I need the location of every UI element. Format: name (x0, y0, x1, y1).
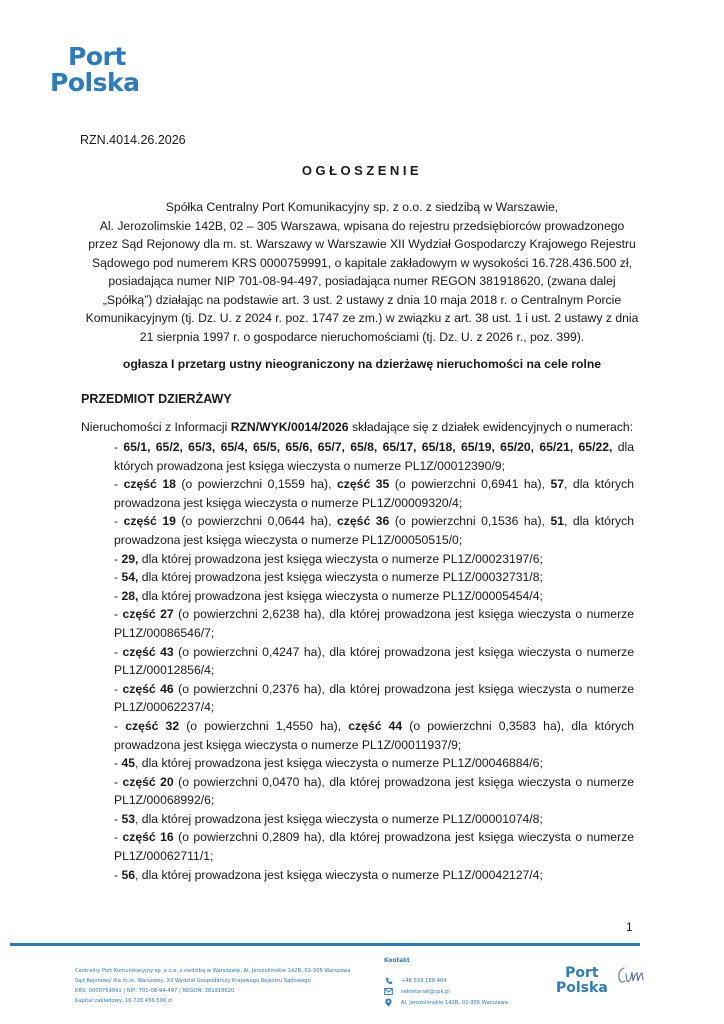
footer-company-info: Centralny Port Komunikacyjny sp. z o.o. … (75, 966, 350, 1006)
intro-paragraph: Spółka Centralny Port Komunikacyjny sp. … (72, 198, 652, 346)
parcel-text: (o powierzchni 0,6941 ha), (389, 477, 550, 491)
footer-logo-line-2: Polska (556, 981, 608, 996)
parcel-numbers: 56 (121, 868, 135, 882)
parcel-numbers: część 43 (123, 645, 174, 659)
contact-title: Kontakt (384, 958, 410, 964)
footer-divider (10, 943, 640, 946)
parcel-list: - 65/1, 65/2, 65/3, 65/4, 65/5, 65/6, 65… (114, 438, 634, 884)
company-line: Sąd Rejonowy dla m.st. Warszawy, XII Wyd… (75, 976, 350, 986)
parcel-text: (o powierzchni 0,1559 ha), (176, 477, 337, 491)
announcement: ogłasza I przetarg ustny nieograniczony … (0, 357, 724, 371)
parcel-text: , dla której prowadzona jest księga wiec… (135, 756, 543, 770)
parcel-text: (o powierzchni 0,2376 ha), dla której pr… (114, 682, 634, 715)
reference-number: RZN.4014.26.2026 (80, 133, 186, 147)
parcel-numbers: część 16 (123, 830, 174, 844)
intro-line: Al. Jerozolimskie 142B, 02 – 305 Warszaw… (72, 217, 652, 236)
parcel-numbers: część 32 (125, 719, 179, 733)
lead-prefix: Nieruchomości z Informacji (81, 420, 231, 434)
list-item: - część 18 (o powierzchni 0,1559 ha), cz… (114, 475, 634, 512)
parcel-numbers: część 36 (337, 514, 389, 528)
list-item: - część 20 (o powierzchni 0,0470 ha), dl… (114, 773, 634, 810)
intro-line: Spółka Centralny Port Komunikacyjny sp. … (72, 198, 652, 217)
page-number: 1 (626, 920, 633, 934)
parcel-numbers: 57 (550, 477, 564, 491)
parcel-text: dla której prowadzona jest księga wieczy… (138, 570, 542, 584)
parcel-numbers: część 46 (123, 682, 174, 696)
parcel-numbers: część 19 (124, 514, 176, 528)
parcel-numbers: 29, (121, 552, 138, 566)
envelope-icon (384, 987, 393, 996)
intro-line: posiadająca numer NIP 701-08-94-497, pos… (72, 272, 652, 291)
location-pin-icon (384, 998, 393, 1007)
intro-line: „Spółką”) działając na podstawie art. 3 … (72, 291, 652, 310)
intro-line: Sądowego pod numerem KRS 0000759991, o k… (72, 254, 652, 273)
parcel-numbers: 53 (121, 812, 135, 826)
parcel-numbers: część 18 (124, 477, 176, 491)
parcel-text: (o powierzchni 0,0644 ha), (176, 514, 337, 528)
lead-reference: RZN/WYK/0014/2026 (231, 420, 349, 434)
list-item: - 29, dla której prowadzona jest księga … (114, 550, 634, 569)
list-item: - 45, dla której prowadzona jest księga … (114, 754, 634, 773)
footer-logo: Port Polska (556, 966, 608, 996)
contact-email: sekretariat@cpk.pl (384, 987, 450, 996)
phone-icon (384, 976, 393, 985)
parcel-text: (o powierzchni 0,0470 ha), dla której pr… (114, 775, 634, 808)
list-item: - część 32 (o powierzchni 1,4550 ha), cz… (114, 717, 634, 754)
parcel-numbers: 45 (121, 756, 135, 770)
parcel-text: (o powierzchni 0,4247 ha), dla której pr… (114, 645, 634, 678)
parcel-numbers: 51 (550, 514, 564, 528)
list-item: - 56, dla której prowadzona jest księga … (114, 866, 634, 885)
parcel-numbers: część 44 (348, 719, 402, 733)
company-line: Kapitał zakładowy: 16.728.436.500 zł (75, 996, 350, 1006)
parcel-text: , dla której prowadzona jest księga wiec… (135, 868, 543, 882)
company-line: Centralny Port Komunikacyjny sp. z o.o. … (75, 966, 350, 976)
footer-logo-line-1: Port (556, 966, 608, 981)
parcel-text: , dla której prowadzona jest księga wiec… (135, 812, 543, 826)
contact-phone: +48 539 188 404 (384, 976, 447, 985)
office-address: Al. Jerozolimskie 142B, 02-305 Warszawa (401, 1000, 508, 1006)
parcel-text: (o powierzchni 2,6238 ha), dla której pr… (114, 607, 634, 640)
phone-number: +48 539 188 404 (401, 978, 447, 984)
parcel-numbers: część 20 (123, 775, 174, 789)
company-line: KRS: 0000759991 | NIP: 701-08-94-497 | R… (75, 986, 350, 996)
document-title: OGŁOSZENIE (0, 163, 724, 178)
parcel-text: (o powierzchni 0,2809 ha), dla której pr… (114, 830, 634, 863)
list-item: - część 19 (o powierzchni 0,0644 ha), cz… (114, 512, 634, 549)
intro-line: Komunikacyjnym (tj. Dz. U. z 2024 r. poz… (72, 309, 652, 328)
parcel-text: (o powierzchni 1,4550 ha), (179, 719, 348, 733)
email-address: sekretariat@cpk.pl (401, 989, 450, 995)
parcel-text: dla której prowadzona jest księga wieczy… (138, 589, 542, 603)
list-item: - część 27 (o powierzchni 2,6238 ha), dl… (114, 605, 634, 642)
subject-lead: Nieruchomości z Informacji RZN/WYK/0014/… (81, 420, 633, 434)
intro-line: 21 sierpnia 1997 r. o gospodarce nieruch… (72, 328, 652, 347)
list-item: - 65/1, 65/2, 65/3, 65/4, 65/5, 65/6, 65… (114, 438, 634, 475)
intro-line: przez Sąd Rejonowy dla m. st. Warszawy w… (72, 235, 652, 254)
parcel-numbers: część 27 (123, 607, 174, 621)
list-item: - 54, dla której prowadzona jest księga … (114, 568, 634, 587)
parcel-numbers: 54, (121, 570, 138, 584)
logo-line-1: Port (50, 44, 139, 70)
handwritten-signature (616, 962, 652, 988)
parcel-numbers: 65/1, 65/2, 65/3, 65/4, 65/5, 65/6, 65/7… (123, 440, 612, 454)
logo-line-2: Polska (50, 70, 139, 96)
list-item: - część 46 (o powierzchni 0,2376 ha), dl… (114, 680, 634, 717)
parcel-numbers: część 35 (337, 477, 389, 491)
parcel-text: dla której prowadzona jest księga wieczy… (138, 552, 542, 566)
list-item: - 28, dla której prowadzona jest księga … (114, 587, 634, 606)
contact-address: Al. Jerozolimskie 142B, 02-305 Warszawa (384, 998, 508, 1007)
parcel-text: (o powierzchni 0,1536 ha), (389, 514, 550, 528)
list-item: - część 16 (o powierzchni 0,2809 ha), dl… (114, 828, 634, 865)
lead-suffix: składające się z działek ewidencyjnych o… (349, 420, 634, 434)
parcel-numbers: 28, (121, 589, 138, 603)
port-polska-logo: Port Polska (50, 44, 139, 96)
list-item: - 53, dla której prowadzona jest księga … (114, 810, 634, 829)
section-heading: PRZEDMIOT DZIERŻAWY (81, 392, 232, 406)
list-item: - część 43 (o powierzchni 0,4247 ha), dl… (114, 643, 634, 680)
